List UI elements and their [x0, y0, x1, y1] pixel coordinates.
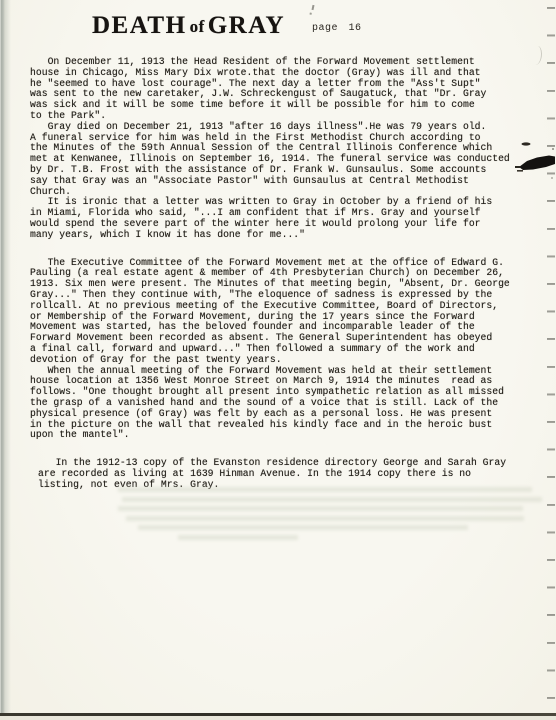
stray-ink-mark	[312, 5, 315, 10]
paragraph-annual-meeting: When the annual meeting of the Forward M…	[30, 366, 544, 442]
page-title-gray: GRAY	[208, 12, 285, 39]
bottom-scan-margin	[0, 716, 556, 720]
bleedthrough-text-ghost	[118, 487, 542, 544]
document-body: On December 11, 1913 the Head Resident o…	[30, 57, 544, 490]
binding-marks	[547, 7, 555, 712]
page-title: DEATHofGRAY	[92, 12, 285, 40]
left-scan-edge	[0, 0, 12, 720]
ink-smudge	[515, 140, 556, 186]
paragraph-funeral: Gray died on December 21, 1913 "after 16…	[30, 122, 544, 198]
paragraph-death-notice: On December 11, 1913 the Head Resident o…	[30, 57, 544, 122]
bottom-scan-edge	[0, 713, 556, 716]
paragraph-executive-committee: The Executive Committee of the Forward M…	[30, 258, 544, 366]
page-title-death: DEATH	[92, 12, 187, 39]
page-title-of: of	[187, 17, 208, 36]
page-number-label: page 16	[312, 23, 362, 34]
paragraph-miami-letter: It is ironic that a letter was written t…	[30, 197, 544, 240]
paragraph-evanston-directory: In the 1912-13 copy of the Evanston resi…	[30, 458, 544, 490]
scanned-page: { "header": { "title": { "lead": "DEATH"…	[0, 0, 556, 720]
